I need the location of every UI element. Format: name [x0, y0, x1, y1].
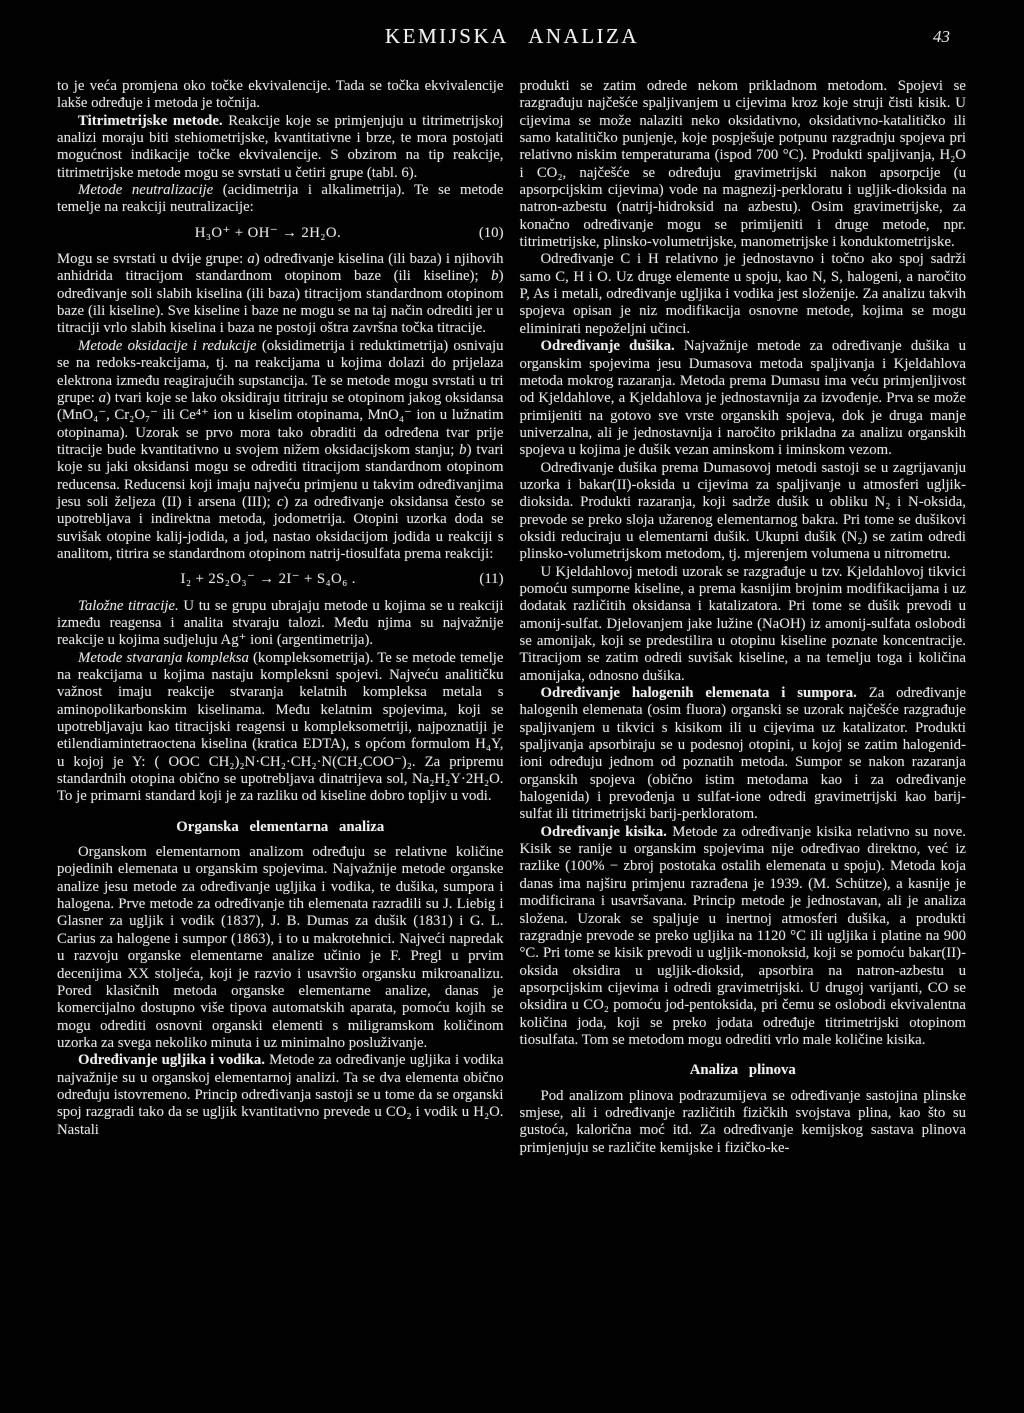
italic-run: Taložne titracije. [78, 598, 183, 614]
italic-run: Metode neutralizacije [78, 182, 223, 198]
text-run: produkti se zatim odrede nekom prikladno… [520, 78, 967, 250]
paragraph: Određivanje dušika. Najvažnije metode za… [520, 338, 967, 459]
text-run: Za određivanje halogenih elemenata (osim… [520, 685, 967, 822]
paragraph: U Kjeldahlovoj metodi uzorak se razgrađu… [520, 564, 967, 685]
paragraph: Metode oksidacije i redukcije (oksidimet… [57, 338, 504, 563]
page-header: KEMIJSKA ANALIZA 43 [0, 24, 1024, 56]
paragraph: Određivanje kisika. Metode za određivanj… [520, 824, 967, 1049]
paragraph: Organskom elementarnom analizom određuju… [57, 844, 504, 1052]
paragraph: Određivanje C i H relativno je jednostav… [520, 251, 967, 338]
equation-number: (10) [479, 225, 504, 242]
page-body: to je veća promjena oko točke ekvivalenc… [57, 78, 966, 1157]
paragraph: Mogu se svrstati u dvije grupe: a) određ… [57, 251, 504, 338]
left-column: to je veća promjena oko točke ekvivalenc… [57, 78, 504, 1157]
equation-number: (11) [479, 571, 503, 588]
equation-formula: H₃O⁺ + OH⁻ → 2H₂O. [57, 225, 479, 242]
text-run: Određivanje C i H relativno je jednostav… [520, 251, 967, 336]
right-column: produkti se zatim odrede nekom prikladno… [520, 78, 967, 1157]
text-run: Najvažnije metode za određivanje dušika … [520, 338, 967, 458]
section-heading: Analiza plinova [520, 1062, 967, 1079]
text-run: Mogu se svrstati u dvije grupe: [57, 251, 247, 267]
paragraph: Taložne titracije. U tu se grupu ubrajaj… [57, 598, 504, 650]
equation: H₃O⁺ + OH⁻ → 2H₂O.(10) [57, 225, 504, 242]
section-heading: Organska elementarna analiza [57, 819, 504, 836]
paragraph: Titrimetrijske metode. Reakcije koje se … [57, 113, 504, 182]
paragraph: Pod analizom plinova podrazumijeva se od… [520, 1088, 967, 1157]
italic-run: a [247, 251, 254, 267]
paragraph: Određivanje dušika prema Dumasovoj metod… [520, 460, 967, 564]
italic-run: c [277, 494, 284, 510]
paragraph: produkti se zatim odrede nekom prikladno… [520, 78, 967, 251]
italic-run: Metode oksidacije i redukcije [78, 338, 262, 354]
equation-formula: I₂ + 2S₂O₃⁻ → 2I⁻ + S₄O₆ . [57, 571, 479, 588]
italic-run: b [459, 442, 466, 458]
bold-run: Određivanje ugljika i vodika. [78, 1052, 269, 1068]
text-run: Određivanje dušika prema Dumasovoj metod… [520, 460, 967, 563]
text-run: (kompleksometrija). Te se metode temelje… [57, 650, 504, 805]
text-run: to je veća promjena oko točke ekvivalenc… [57, 78, 504, 111]
bold-run: Određivanje dušika. [541, 338, 684, 354]
bold-run: Određivanje halogenih elemenata i sumpor… [541, 685, 869, 701]
equation: I₂ + 2S₂O₃⁻ → 2I⁻ + S₄O₆ .(11) [57, 571, 504, 588]
page-title: KEMIJSKA ANALIZA [0, 24, 1024, 49]
document-page: KEMIJSKA ANALIZA 43 to je veća promjena … [0, 0, 1024, 1413]
text-run: Organskom elementarnom analizom određuju… [57, 844, 504, 1051]
italic-run: a [99, 390, 106, 406]
text-run: Pod analizom plinova podrazumijeva se od… [520, 1088, 967, 1156]
text-run: Metode za određivanje kisika relativno s… [520, 824, 967, 1048]
bold-run: Titrimetrijske metode. [78, 113, 228, 129]
paragraph: Određivanje ugljika i vodika. Metode za … [57, 1052, 504, 1139]
page-number: 43 [933, 27, 950, 47]
italic-run: b [491, 268, 498, 284]
text-run: U Kjeldahlovoj metodi uzorak se razgrađu… [520, 564, 967, 684]
italic-run: Metode stvaranja kompleksa [78, 650, 253, 666]
paragraph: Metode stvaranja kompleksa (kompleksomet… [57, 650, 504, 806]
paragraph: to je veća promjena oko točke ekvivalenc… [57, 78, 504, 113]
text-run: ) tvari koje se lako oksidiraju titriraj… [57, 390, 504, 458]
bold-run: Određivanje kisika. [541, 824, 673, 840]
paragraph: Određivanje halogenih elemenata i sumpor… [520, 685, 967, 824]
paragraph: Metode neutralizacije (acidimetrija i al… [57, 182, 504, 217]
